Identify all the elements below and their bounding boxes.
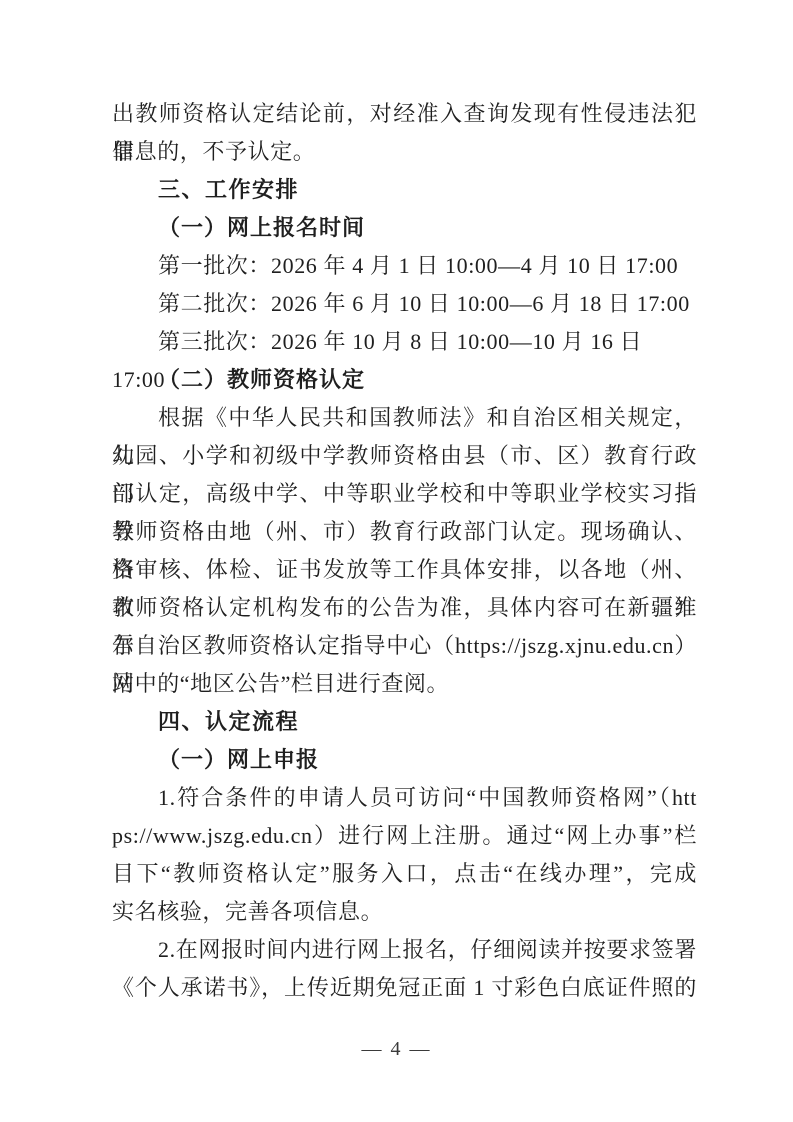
document-page: 出教师资格认定结论前，对经准入查询发现有性侵违法犯罪信息的，不予认定。三、工作安… [0,0,793,1122]
text-line: 第三批次：2026 年 10 月 8 日 10:00—10 月 16 日 17:… [112,323,697,361]
text-line: 教师资格由地（州、市）教育行政部门认定。现场确认、资 [112,513,697,551]
text-line: 站中的“地区公告”栏目进行查阅。 [112,665,697,703]
text-line: 1.符合条件的申请人员可访问“中国教师资格网”（htt [112,779,697,817]
heading-line: 四、认定流程 [112,703,697,741]
text-line: 第二批次：2026 年 6 月 10 日 10:00—6 月 18 日 17:0… [112,285,697,323]
text-line: 门认定，高级中学、中等职业学校和中等职业学校实习指导 [112,475,697,513]
text-line: 尔自治区教师资格认定指导中心（https://jszg.xjnu.edu.cn）… [112,627,697,665]
text-line: 根据《中华人民共和国教师法》和自治区相关规定，幼 [112,399,697,437]
heading-line: （一）网上报名时间 [112,209,697,247]
text-line: 《个人承诺书》，上传近期免冠正面 1 寸彩色白底证件照的 [112,969,697,1007]
document-body: 出教师资格认定结论前，对经准入查询发现有性侵违法犯罪信息的，不予认定。三、工作安… [112,95,697,1007]
text-line: 格审核、体检、证书发放等工作具体安排，以各地（州、市） [112,551,697,589]
text-line: 第一批次：2026 年 4 月 1 日 10:00—4 月 10 日 17:00 [112,247,697,285]
heading-line: （一）网上申报 [112,741,697,779]
page-number: — 4 — [0,1036,793,1062]
text-line: 出教师资格认定结论前，对经准入查询发现有性侵违法犯罪 [112,95,697,133]
text-line: ps://www.jszg.edu.cn）进行网上注册。通过“网上办事”栏 [112,817,697,855]
text-line: 2.在网报时间内进行网上报名，仔细阅读并按要求签署 [112,931,697,969]
text-line: 教师资格认定机构发布的公告为准，具体内容可在新疆维吾 [112,589,697,627]
text-line: 实名核验，完善各项信息。 [112,893,697,931]
heading-line: 三、工作安排 [112,171,697,209]
text-line: 目下“教师资格认定”服务入口，点击“在线办理”，完成 [112,855,697,893]
text-line: 儿园、小学和初级中学教师资格由县（市、区）教育行政部 [112,437,697,475]
text-line: 信息的，不予认定。 [112,133,697,171]
heading-line: （二）教师资格认定 [112,361,697,399]
